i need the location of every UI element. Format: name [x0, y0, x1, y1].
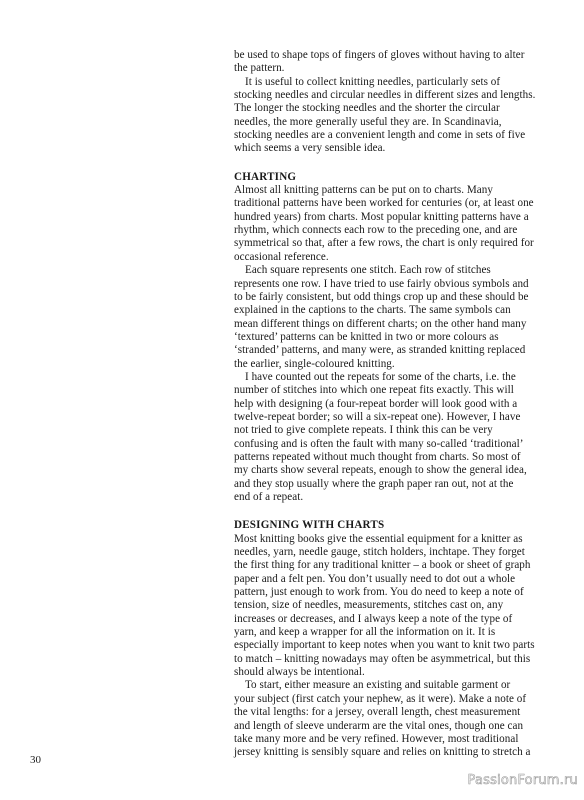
- text-line: which seems a very sensible idea.: [234, 142, 558, 155]
- section-heading-designing: DESIGNING WITH CHARTS: [234, 519, 558, 532]
- text-line: take many more and be very refined. Howe…: [234, 733, 558, 746]
- text-line: and they stop usually where the graph pa…: [234, 478, 558, 491]
- text-line: stocking needles are a convenient length…: [234, 129, 558, 142]
- text-line: the vital lengths: for a jersey, overall…: [234, 706, 558, 719]
- text-line: To start, either measure an existing and…: [234, 679, 558, 692]
- text-line: Most knitting books give the essential e…: [234, 533, 558, 546]
- text-line: occasional reference.: [234, 251, 558, 264]
- text-line: yarn, and keep a wrapper for all the inf…: [234, 626, 558, 639]
- text-line: The longer the stocking needles and the …: [234, 102, 558, 115]
- designing-paragraph-2: To start, either measure an existing and…: [234, 679, 558, 759]
- text-line: paper and a felt pen. You don’t usually …: [234, 573, 558, 586]
- text-line: my charts show several repeats, enough t…: [234, 464, 558, 477]
- text-line: stocking needles and circular needles in…: [234, 89, 558, 102]
- section-gap: [234, 504, 558, 519]
- designing-paragraph-1: Most knitting books give the essential e…: [234, 533, 558, 680]
- text-line: patterns repeated without much thought f…: [234, 451, 558, 464]
- text-line: mean different things on different chart…: [234, 318, 558, 331]
- text-line: tension, size of needles, measurements, …: [234, 599, 558, 612]
- text-line: help with designing (a four-repeat borde…: [234, 398, 558, 411]
- text-line: Each square represents one stitch. Each …: [234, 264, 558, 277]
- text-line: symmetrical so that, after a few rows, t…: [234, 237, 558, 250]
- text-line: It is useful to collect knitting needles…: [234, 76, 558, 89]
- text-line: not tried to give complete repeats. I th…: [234, 424, 558, 437]
- text-line: increases or decreases, and I always kee…: [234, 613, 558, 626]
- intro-paragraph-2: It is useful to collect knitting needles…: [234, 76, 558, 156]
- text-line: and length of sleeve underarm are the vi…: [234, 720, 558, 733]
- text-line: ‘stranded’ patterns, and many were, as s…: [234, 344, 558, 357]
- section-heading-charting: CHARTING: [234, 171, 558, 184]
- intro-paragraph-1: be used to shape tops of fingers of glov…: [234, 49, 558, 76]
- text-line: be used to shape tops of fingers of glov…: [234, 49, 558, 62]
- text-line: to be fairly consistent, but odd things …: [234, 291, 558, 304]
- text-line: end of a repeat.: [234, 491, 558, 504]
- text-line: pattern, just enough to work from. You d…: [234, 586, 558, 599]
- text-line: twelve-repeat border; so will a six-repe…: [234, 411, 558, 424]
- text-line: the earlier, single-coloured knitting.: [234, 358, 558, 371]
- text-line: should always be intentional.: [234, 666, 558, 679]
- text-line: rhythm, which connects each row to the p…: [234, 224, 558, 237]
- text-line: jersey knitting is sensibly square and r…: [234, 746, 558, 759]
- text-line: Almost all knitting patterns can be put …: [234, 184, 558, 197]
- page-number: 30: [30, 754, 41, 766]
- charting-paragraph-3: I have counted out the repeats for some …: [234, 371, 558, 504]
- text-line: to match – knitting nowadays may often b…: [234, 653, 558, 666]
- text-line: needles, yarn, needle gauge, stitch hold…: [234, 546, 558, 559]
- watermark: PassionForum.ru: [467, 773, 578, 788]
- text-line: confusing and is often the fault with ma…: [234, 438, 558, 451]
- text-line: represents one row. I have tried to use …: [234, 278, 558, 291]
- charting-paragraph-1: Almost all knitting patterns can be put …: [234, 184, 558, 264]
- text-line: the pattern.: [234, 62, 558, 75]
- page-body: be used to shape tops of fingers of glov…: [234, 49, 558, 760]
- text-line: hundred years) from charts. Most popular…: [234, 211, 558, 224]
- section-gap: [234, 156, 558, 171]
- text-line: explained in the captions to the charts.…: [234, 304, 558, 317]
- text-line: needles, the more generally useful they …: [234, 116, 558, 129]
- text-line: number of stitches into which one repeat…: [234, 384, 558, 397]
- charting-paragraph-2: Each square represents one stitch. Each …: [234, 264, 558, 371]
- text-line: especially important to keep notes when …: [234, 639, 558, 652]
- text-line: your subject (first catch your nephew, a…: [234, 693, 558, 706]
- text-line: traditional patterns have been worked fo…: [234, 197, 558, 210]
- text-line: ‘textured’ patterns can be knitted in tw…: [234, 331, 558, 344]
- text-line: I have counted out the repeats for some …: [234, 371, 558, 384]
- text-line: the first thing for any traditional knit…: [234, 559, 558, 572]
